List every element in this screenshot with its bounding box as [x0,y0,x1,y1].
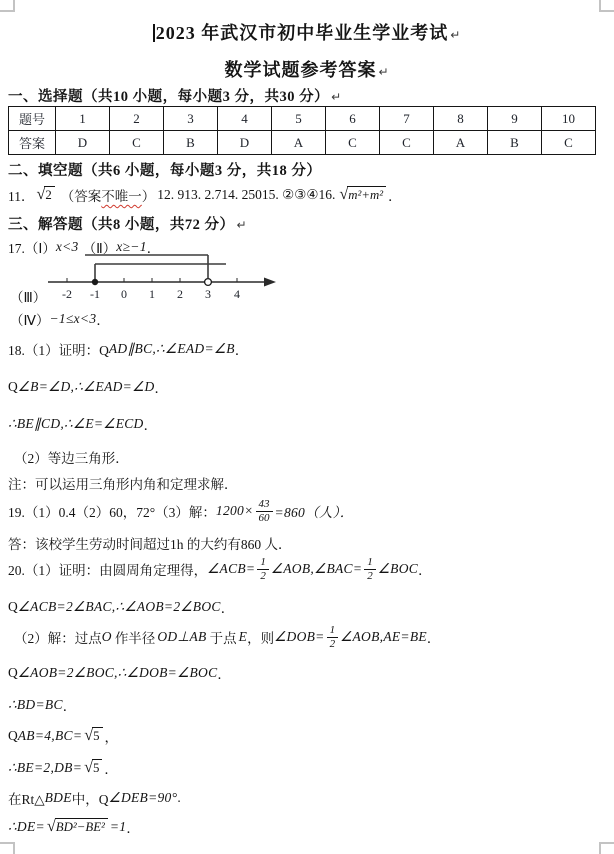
q-number-cell: 4 [218,107,272,131]
q20-l3-t2: 于点 [210,627,237,647]
q20-line5: ∴BD=BC ． [8,694,76,716]
section-fill-heading: 二、填空题（共6 小题，每小题3 分，共18 分） [8,159,321,180]
answer-cell: C [110,131,164,155]
tick-label: 0 [121,287,127,301]
q18-l2-pre: Q [8,379,18,395]
line-end: ． [96,309,110,329]
line-end: ． [104,758,118,778]
q-number-cell: 1 [56,107,110,131]
note-close: ） [142,185,156,205]
q-number-cell: 2 [110,107,164,131]
line-end: ． [221,597,235,617]
q20-l3-m5: ∠AOB,AE=BE [340,629,427,645]
q20-l4-math: ∠AOB=2∠BOC,∴∠DOB=∠BOC [18,665,218,681]
fraction-numerator: 1 [327,624,339,638]
answer-cell: A [434,131,488,155]
tick-label: -1 [90,287,100,301]
q20-l5-math: ∴BD=BC [8,697,63,713]
line-end: ． [235,339,249,359]
line-end: ． [155,377,169,397]
q20-l9-m1: ∴DE= [8,819,45,835]
exam-subtitle-text: 数学试题参考答案 [224,60,376,80]
return-mark: ↵ [450,28,461,42]
label-iii-text: （Ⅲ） [10,286,46,306]
exam-title-text: 2023 年武汉市初中毕业生学业考试 [156,23,449,43]
fill-answers-line: 11． √2 （答案 不唯一 ） 12. 913. 2.714. 25015. … [8,182,402,208]
line-end: ． [217,663,231,683]
q18-l2-math: ∠B=∠D,∴∠EAD=∠D [18,379,155,395]
q18-line1: 18.（1）证明：Q AD∥BC,∴∠EAD=∠B ． [8,338,248,360]
q20-l8-m2: ∠DEB=90° [109,790,178,806]
q19-pre: 19.（1）0.4（2）60，72°（3）解： [8,501,216,521]
q20-l2-math: ∠ACB=2∠BAC,∴∠AOB=2∠BOC [18,599,221,615]
fraction-1-2: 12 [257,556,269,582]
fill-answers-rest: 12. 913. 2.714. 25015. ②③④16. [157,187,335,203]
q18-line2: Q ∠B=∠D,∴∠EAD=∠D ． [8,376,168,398]
answer-cell: B [164,131,218,155]
q20-l8-t1: 在Rt△ [8,788,45,808]
fraction-1-2: 12 [327,624,339,650]
q20-line7: ∴BE=2,DB= √5 ． [8,756,118,780]
q20-l3-E: E [239,629,248,645]
line-end: ． [427,627,441,647]
q20-line2: Q ∠ACB=2∠BAC,∴∠AOB=2∠BOC ． [8,596,234,618]
q20-l1-pre: 20.（1）证明：由圆周角定理得， [8,559,207,579]
q18-note-text: 注：可以运用三角形内角和定理求解． [8,473,238,493]
q-number-cell: 10 [542,107,596,131]
q17-iv-prefix: （Ⅳ） [10,309,49,329]
text-boundary-mark-top-right [599,0,614,12]
q19-answer-line: 答：该校学生劳动时间超过1h 的大约有860 人． [8,532,292,554]
q20-l3-m4: ∠DOB= [274,629,324,645]
fraction-numerator: 43 [256,498,273,512]
section-fill-heading-text: 二、填空题（共6 小题，每小题3 分，共18 分） [8,163,321,179]
q19-answer-text: 答：该校学生劳动时间超过1h 的大约有860 人． [8,533,292,553]
return-mark: ↵ [378,65,389,79]
answer-cell: B [488,131,542,155]
line-end: ． [126,817,140,837]
text-boundary-mark-bottom-left [0,842,15,854]
q-number-cell: 8 [434,107,488,131]
q17-line4: （Ⅳ） −1≤x<3 ． [10,308,110,330]
q18-l4-text: （2）等边三角形． [14,447,129,467]
exam-subtitle: 数学试题参考答案↵ [0,56,614,82]
section-solution-heading-text: 三、解答题（共8 小题，共72 分） [8,217,235,233]
number-line-figure: -2 -1 0 1 2 3 4 [38,246,288,306]
fraction-1-2: 12 [364,556,376,582]
line-end: . [177,790,180,806]
axis-arrow [264,278,276,287]
q18-line4: （2）等边三角形． [14,446,129,468]
sqrt-5-radical: √5 [84,759,102,776]
radicand: 5 [92,759,102,776]
q17-label-iii: （Ⅲ） [10,285,46,307]
fraction-numerator: 1 [364,556,376,570]
q18-note: 注：可以运用三角形内角和定理求解． [8,472,238,494]
text-boundary-mark-bottom-right [599,842,614,854]
q-number-cell: 9 [488,107,542,131]
answer-table-header-row: 题号 1 2 3 4 5 6 7 8 9 10 [9,107,596,131]
fraction-43-60: 4360 [256,498,273,524]
exam-answer-document: 2023 年武汉市初中毕业生学业考试↵ 数学试题参考答案↵ 一、选择题（共10 … [0,0,614,854]
q20-l3-t1: 作半径 [115,627,156,647]
q18-l3-math: ∴BE∥CD,∴∠E=∠ECD [8,416,144,432]
header-label-cell: 题号 [9,107,56,131]
fraction-denominator: 2 [257,570,269,583]
q20-l8-t2: 中，Q [72,788,109,808]
line-end: ， [105,726,119,746]
q-number-cell: 3 [164,107,218,131]
fraction-denominator: 2 [364,570,376,583]
tick-label: 2 [177,287,183,301]
q19-line1: 19.（1）0.4（2）60，72°（3）解： 1200× 4360 =860（… [8,494,354,528]
q20-line4: Q ∠AOB=2∠BOC,∴∠DOB=∠BOC ． [8,662,231,684]
q20-l6-math: AB=4,BC= [18,728,83,744]
note-open: （答案 [61,185,102,205]
q20-l9-m2: =1 [110,819,126,835]
fraction-denominator: 2 [327,638,339,651]
text-cursor [153,24,155,42]
q20-l3-t3: ，则 [247,627,274,647]
answer-label-cell: 答案 [9,131,56,155]
line-end: ． [63,695,77,715]
q18-l1-math: AD∥BC,∴∠EAD=∠B [109,341,235,357]
q20-l1-m1: ∠ACB= [207,561,255,577]
note-wavy-spellcheck: 不唯一 [101,185,142,205]
q-number-cell: 7 [380,107,434,131]
text-boundary-mark-top-left [0,0,15,12]
q20-l4-pre: Q [8,665,18,681]
q20-line8: 在Rt△ BDE 中，Q ∠DEB=90° . [8,787,181,809]
sqrt-5-radical: √5 [84,727,102,744]
tick-label: -2 [62,287,72,301]
answer-cell: C [326,131,380,155]
radicand: 5 [92,727,102,744]
tick-label: 4 [234,287,240,301]
line-end: ． [144,414,158,434]
section-choice-heading: 一、选择题（共10 小题，每小题3 分，共30 分）↵ [8,85,342,106]
sqrt-2-radical: √2 [37,186,55,203]
sqrt-bd2-be2-radical: √BD²−BE² [47,818,108,835]
answer-cell: D [218,131,272,155]
section-choice-heading-text: 一、选择题（共10 小题，每小题3 分，共30 分） [8,89,329,105]
answer-cell: C [542,131,596,155]
return-mark: ↵ [237,218,248,232]
answer-cell: D [56,131,110,155]
q11-prefix: 11． [8,185,35,205]
radicand: m²+m² [347,186,386,203]
tick-label: 3 [205,287,211,301]
q-number-cell: 5 [272,107,326,131]
q20-l3-OD: OD⊥AB [157,629,206,645]
radicand: BD²−BE² [55,818,108,835]
q20-l2-pre: Q [8,599,18,615]
q19-expr: 1200× [216,503,254,519]
q20-l7-math: ∴BE=2,DB= [8,760,82,776]
q20-l3-pre: （2）解：过点 [14,627,102,647]
answer-cell: C [380,131,434,155]
q20-l8-m1: BDE [45,790,72,806]
answer-cell: A [272,131,326,155]
q20-l1-m2: ∠AOB,∠BAC= [271,561,362,577]
q17-iv-ineq: −1≤x<3 [49,311,96,327]
answer-table-answer-row: 答案 D C B D A C C A B C [9,131,596,155]
line-end: ． [388,185,402,205]
answer-table: 题号 1 2 3 4 5 6 7 8 9 10 答案 D C B D A C C… [8,106,596,155]
q18-line3: ∴BE∥CD,∴∠E=∠ECD ． [8,413,157,435]
q20-line1: 20.（1）证明：由圆周角定理得， ∠ACB= 12 ∠AOB,∠BAC= 12… [8,552,432,586]
radicand: 2 [44,186,54,203]
fraction-denominator: 60 [256,512,273,525]
tick-label: 1 [149,287,155,301]
return-mark: ↵ [331,90,342,104]
q-number-cell: 6 [326,107,380,131]
q20-l6-pre: Q [8,728,18,744]
q20-l1-m3: ∠BOC [378,561,418,577]
q20-line9: ∴DE= √BD²−BE² =1 ． [8,814,140,840]
q20-line3: （2）解：过点 O 作半径 OD⊥AB 于点 E ，则 ∠DOB= 12 ∠AO… [14,620,440,654]
closed-endpoint-neg1 [92,279,98,285]
q19-result: =860（人）． [275,501,354,521]
exam-title: 2023 年武汉市初中毕业生学业考试↵ [0,19,614,45]
line-end: ． [418,559,432,579]
section-solution-heading: 三、解答题（共8 小题，共72 分）↵ [8,213,247,234]
q20-l3-O: O [102,629,112,645]
sqrt-m2-radical: √m²+m² [339,186,386,203]
q20-line6: Q AB=4,BC= √5 ， [8,724,118,748]
q18-l1-pre: 18.（1）证明：Q [8,339,109,359]
fraction-numerator: 1 [257,556,269,570]
open-endpoint-3 [205,279,212,286]
